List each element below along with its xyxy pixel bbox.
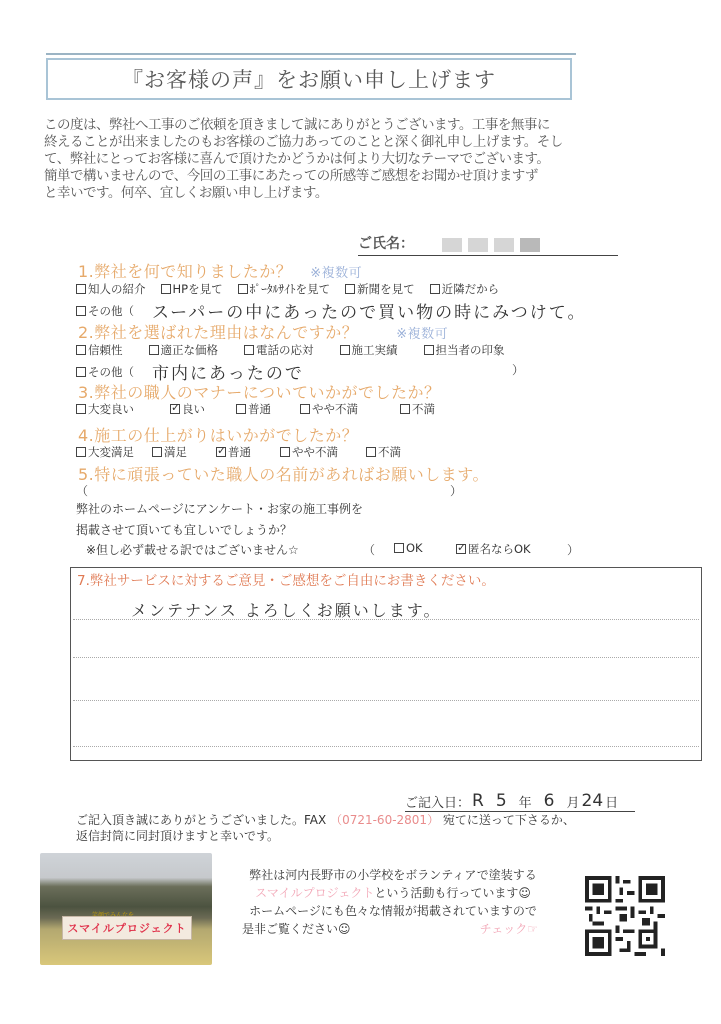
date-era: R <box>472 791 484 811</box>
intro-line: 簡単で構いませんので、今回の工事にあたっての所感等ご感想をお聞かせ頂けますず <box>44 168 704 185</box>
checkbox[interactable] <box>76 345 86 355</box>
comment-box[interactable]: 7.弊社サービスに対するご意見・ご感想をご自由にお書きください。 メンテナンス … <box>70 567 702 761</box>
name-redacted <box>442 238 540 252</box>
q1-option-referral[interactable]: 知人の紹介 <box>76 281 146 297</box>
checkbox[interactable] <box>424 345 434 355</box>
q3-option-very-good[interactable]: 大変良い <box>76 401 170 417</box>
volunteer-info: 弊社は河内長野市の小学校をボランティアで塗装する スマイルプロジェクトという活動… <box>228 866 558 938</box>
q6-option-ok[interactable]: OK <box>394 541 423 555</box>
q1-option-portal[interactable]: ﾎﾟｰﾀﾙｻｲﾄを見て <box>238 281 331 297</box>
q3-options: 大変良い 良い 普通 やや不満 不満 <box>76 401 435 417</box>
q6-line2: 掲載させて頂いても宜しいでしょうか？ <box>76 521 292 538</box>
fax-instructions: ご記入頂き誠にありがとうございました。FAX （0721-60-2801） 宛て… <box>76 812 575 844</box>
ruled-line <box>73 700 699 701</box>
qr-code-icon[interactable] <box>583 876 667 956</box>
q3-option-normal[interactable]: 普通 <box>236 401 300 417</box>
checkbox-checked[interactable] <box>216 447 226 457</box>
date-year-unit: 年 <box>519 792 532 811</box>
q5-open-paren: （ <box>76 482 88 499</box>
q4-option-slightly-unsatisfied[interactable]: やや不満 <box>280 444 366 460</box>
q3-heading: 3.弊社の職人のマナーについていかがでしたか？ <box>78 380 440 403</box>
checkbox[interactable] <box>345 284 355 294</box>
q3-option-good[interactable]: 良い <box>170 401 236 417</box>
checkbox[interactable] <box>161 284 171 294</box>
q2-option-results[interactable]: 施工実績 <box>340 342 398 358</box>
q2-note: ※複数可 <box>396 327 448 342</box>
intro-line: て、弊社にとってお客様に喜んで頂けたかどうかは何より大切なテーマでございます。 <box>44 151 704 168</box>
q2-close-paren: ） <box>512 361 524 378</box>
q1-note: ※複数可 <box>310 266 362 281</box>
page-title: 『お客様の声』をお願い申し上げます <box>122 64 496 94</box>
date-day-unit: 日 <box>605 792 618 811</box>
q2-option-trust[interactable]: 信頼性 <box>76 342 123 358</box>
q1-option-newspaper[interactable]: 新聞を見て <box>345 281 415 297</box>
date-field[interactable]: ご記入日： R 5 年 6 月 24 日 <box>405 792 635 812</box>
q2-option-price[interactable]: 適正な価格 <box>149 342 219 358</box>
checkbox[interactable] <box>238 284 248 294</box>
date-year: 5 <box>496 791 507 811</box>
check-link[interactable]: チェック☞ <box>480 920 538 938</box>
intro-paragraph: この度は、弊社へ工事のご依頼を頂きまして誠にありがとうございます。工事を無事に … <box>44 117 704 202</box>
q2-option-phone[interactable]: 電話の応対 <box>244 342 314 358</box>
checkbox[interactable] <box>280 447 290 457</box>
q1-option-hp[interactable]: HPを見て <box>161 281 223 297</box>
checkbox[interactable] <box>149 345 159 355</box>
checkbox-checked[interactable] <box>170 404 180 414</box>
q6-option-anonymous-ok[interactable]: 匿名ならOK <box>456 541 531 557</box>
ruled-line <box>73 619 699 620</box>
title-box: 『お客様の声』をお願い申し上げます <box>46 58 572 100</box>
checkbox[interactable] <box>76 447 86 457</box>
q1-option-other[interactable]: その他（ <box>76 303 134 319</box>
q6-line3: ※但し必ず載せる訳ではございません☆ <box>86 541 299 558</box>
q4-options: 大変満足 満足 普通 やや不満 不満 <box>76 444 401 460</box>
q2-heading: 2.弊社を選ばれた理由はなんですか？※複数可 <box>78 320 448 343</box>
q4-heading: 4.施工の仕上がりはいかがでしたか？ <box>78 423 358 446</box>
top-rule <box>46 53 576 55</box>
q4-option-very-satisfied[interactable]: 大変満足 <box>76 444 152 460</box>
q3-option-slightly-unsatisfied[interactable]: やや不満 <box>300 401 400 417</box>
date-day: 24 <box>582 791 604 811</box>
ruled-line <box>73 746 699 747</box>
ruled-line <box>73 657 699 658</box>
checkbox[interactable] <box>76 306 86 316</box>
checkbox-checked[interactable] <box>456 544 466 554</box>
checkbox[interactable] <box>300 404 310 414</box>
q5-close-paren: ） <box>450 482 462 499</box>
date-month: 6 <box>544 791 555 811</box>
q6-line1: 弊社のホームページにアンケート・お家の施工事例を <box>76 500 363 517</box>
q3-option-unsatisfied[interactable]: 不満 <box>400 401 435 417</box>
q4-option-normal[interactable]: 普通 <box>216 444 280 460</box>
q4-option-satisfied[interactable]: 満足 <box>152 444 216 460</box>
q2-option-other[interactable]: その他（ <box>76 364 134 380</box>
q4-option-unsatisfied[interactable]: 不満 <box>366 444 401 460</box>
checkbox[interactable] <box>394 543 404 553</box>
checkbox[interactable] <box>340 345 350 355</box>
smile-project-photo: 笑顔でみんなを スマイルプロジェクト <box>40 853 212 965</box>
checkbox[interactable] <box>152 447 162 457</box>
q7-comment-value[interactable]: メンテナンス よろしくお願いします。 <box>131 598 442 621</box>
date-month-unit: 月 <box>567 792 580 811</box>
checkbox[interactable] <box>236 404 246 414</box>
q6-open-paren: （ <box>363 541 375 558</box>
intro-line: と幸いです。何卒、宜しくお願い申し上げます。 <box>44 185 704 202</box>
intro-line: この度は、弊社へ工事のご依頼を頂きまして誠にありがとうございます。工事を無事に <box>44 117 704 134</box>
q7-heading: 7.弊社サービスに対するご意見・ご感想をご自由にお書きください。 <box>77 569 495 589</box>
checkbox[interactable] <box>430 284 440 294</box>
q2-option-staff[interactable]: 担当者の印象 <box>424 342 505 358</box>
intro-line: 終えることが出来ましたのもお客様のご協力あってのことと深く御礼申し上げます。そし <box>44 134 704 151</box>
checkbox[interactable] <box>366 447 376 457</box>
fax-number: （0721-60-2801） <box>330 813 439 827</box>
checkbox[interactable] <box>400 404 410 414</box>
checkbox[interactable] <box>76 284 86 294</box>
checkbox[interactable] <box>244 345 254 355</box>
q5-input[interactable] <box>90 482 445 498</box>
q1-option-nearby[interactable]: 近隣だから <box>430 281 500 297</box>
date-label: ご記入日： <box>405 792 470 811</box>
q1-heading: 1.弊社を何で知りましたか？※複数可 <box>78 259 362 282</box>
name-field[interactable]: ご氏名： <box>358 234 618 256</box>
smile-project-link: スマイルプロジェクト <box>255 886 374 900</box>
checkbox[interactable] <box>76 367 86 377</box>
q6-close-paren: ） <box>567 541 579 558</box>
q2-options: 信頼性 適正な価格 電話の応対 施工実績 担当者の印象 <box>76 342 505 358</box>
smile-project-banner: スマイルプロジェクト <box>62 916 192 940</box>
q1-options: 知人の紹介 HPを見て ﾎﾟｰﾀﾙｻｲﾄを見て 新聞を見て 近隣だから <box>76 281 499 297</box>
checkbox[interactable] <box>76 404 86 414</box>
name-label: ご氏名： <box>358 233 414 255</box>
